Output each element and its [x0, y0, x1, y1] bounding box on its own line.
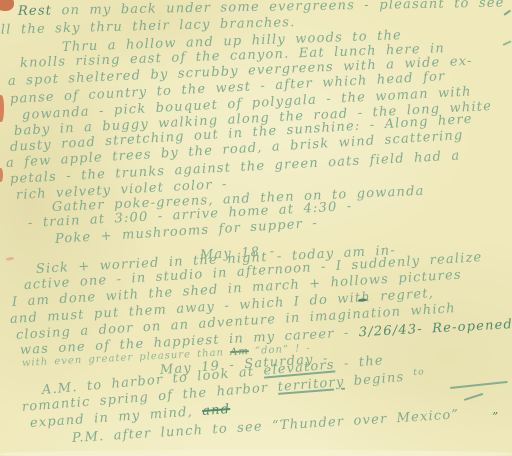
journal-text-segment: - the [334, 353, 384, 372]
elevators-underline-trail-mark [450, 381, 508, 389]
right-edge-tick-lower-mark [503, 40, 512, 46]
begins-to-arrow-mark [464, 393, 484, 401]
journal-page: Rest on my back under some evergreens - … [0, 0, 512, 456]
left-pink-dash-mark [6, 257, 14, 261]
journal-text-segment: territory [277, 375, 345, 395]
bottom-scan-strip-mark [0, 450, 512, 456]
journal-text-segment: begins [344, 369, 414, 389]
left-edge-sliver-upper-mark [0, 95, 4, 122]
journal-text-segment: and [202, 402, 231, 419]
left-edge-sliver-lower-mark [0, 168, 3, 182]
corner-stain-mark [0, 0, 14, 11]
journal-text-segment: to [413, 367, 425, 378]
right-edge-tick-upper-mark [503, 10, 511, 16]
journal-text-segment: Rest [18, 3, 52, 19]
stray-quote-mark: ” [492, 410, 498, 424]
